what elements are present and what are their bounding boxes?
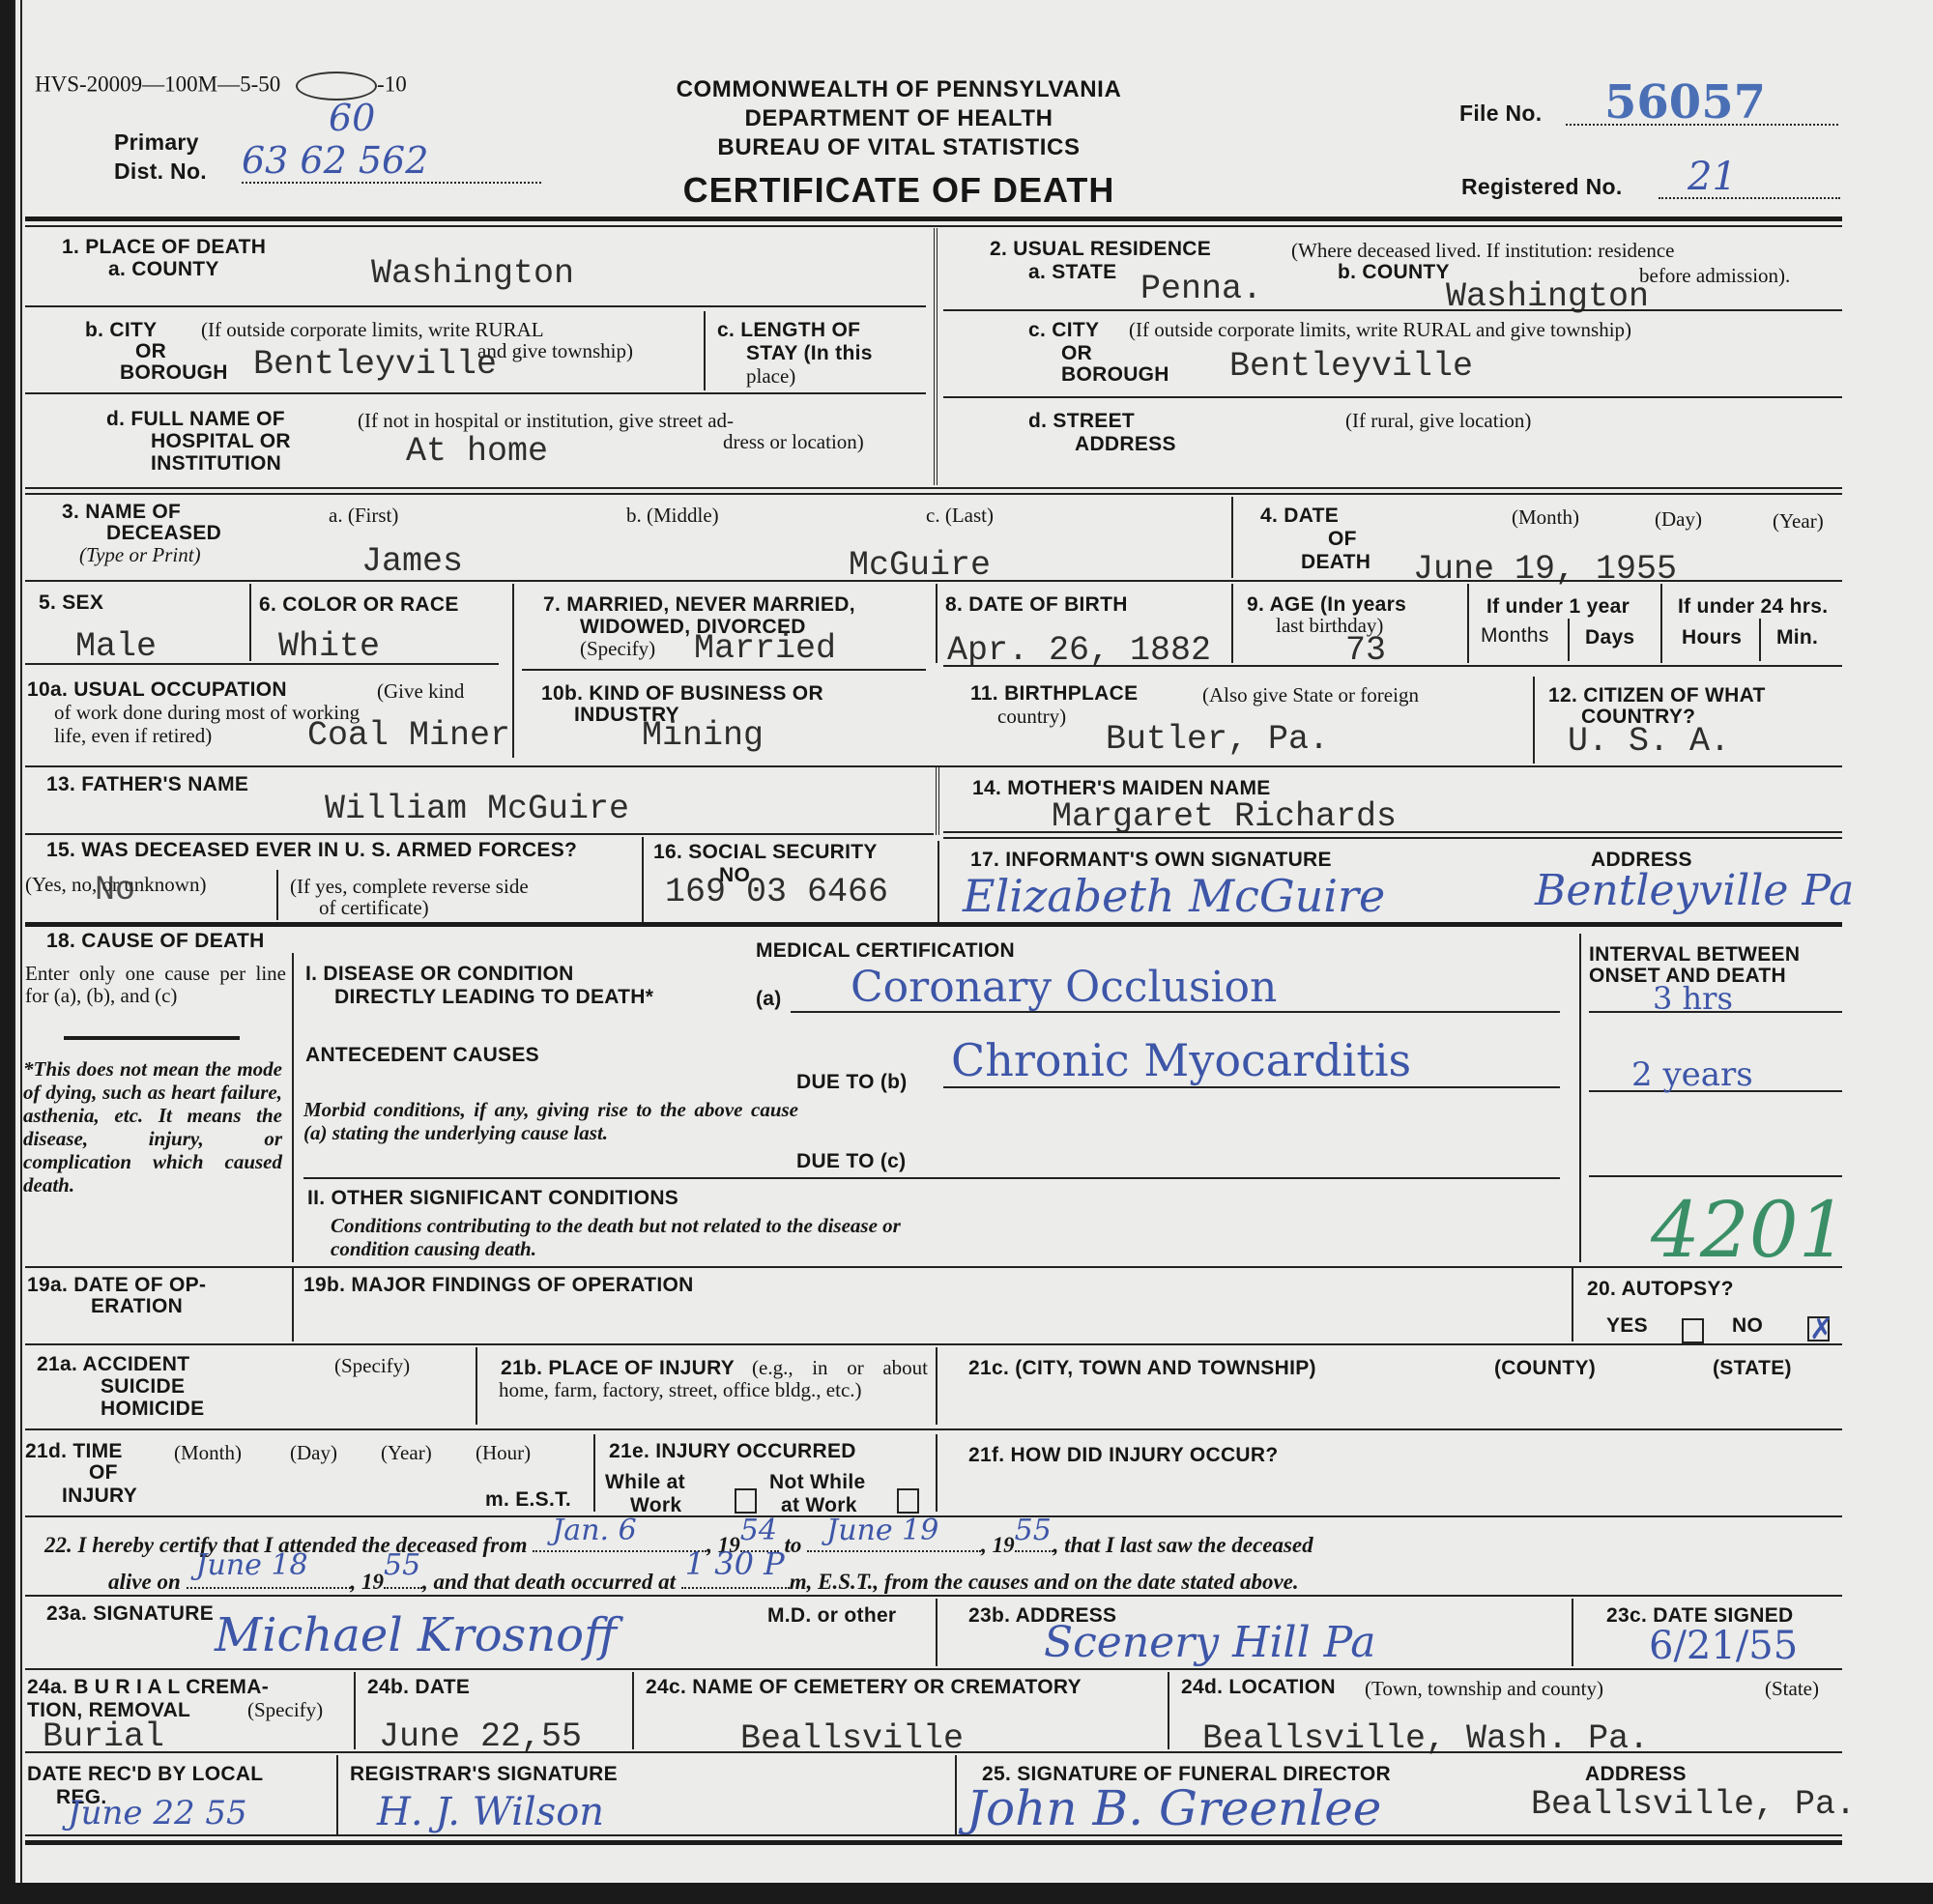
- hospital-label: d. FULL NAME OF: [106, 408, 285, 430]
- while-at-work-label: While at: [605, 1471, 685, 1493]
- hours-label: Hours: [1682, 626, 1742, 649]
- divider: [1759, 619, 1761, 661]
- divider: [1579, 934, 1581, 1262]
- place-of-death-label: 1. PLACE OF DEATH: [62, 236, 266, 258]
- informant-address[interactable]: Bentleyville Pa: [1535, 866, 1854, 915]
- under-24-hrs-label: If under 24 hrs.: [1678, 595, 1828, 618]
- injury-state-label: (STATE): [1713, 1357, 1792, 1379]
- left-margin-border: [14, 0, 22, 1883]
- major-findings-label: 19b. MAJOR FINDINGS OF OPERATION: [303, 1274, 694, 1296]
- father-name-label: 13. FATHER'S NAME: [46, 773, 248, 795]
- burial-location-note: (Town, township and county): [1365, 1678, 1603, 1700]
- agency-line-1: COMMONWEALTH OF PENNSYLVANIA: [609, 75, 1189, 104]
- dod-year-label: (Year): [1773, 510, 1824, 533]
- divider: [1572, 1599, 1573, 1666]
- dod-day-label: (Day): [1655, 508, 1702, 531]
- residence-borough-label: BOROUGH: [1061, 363, 1169, 386]
- other-conditions-label: II. OTHER SIGNIFICANT CONDITIONS: [307, 1187, 678, 1209]
- injury-day-label: (Day): [290, 1442, 337, 1464]
- divider: [593, 1434, 595, 1512]
- funeral-director-address-label: ADDRESS: [1585, 1763, 1687, 1785]
- divider: [25, 663, 499, 665]
- social-security-value[interactable]: 169 03 6466: [665, 874, 888, 910]
- burial-location-label: 24d. LOCATION: [1181, 1676, 1336, 1698]
- divider: [522, 669, 926, 671]
- divider: [25, 487, 1842, 489]
- divider: [936, 1599, 938, 1666]
- sex-label: 5. SEX: [39, 591, 103, 614]
- divider: [476, 1347, 477, 1425]
- file-no-value: 56057: [1604, 75, 1766, 130]
- divider: [632, 1672, 634, 1749]
- citizen-of-label: 12. CITIZEN OF WHAT: [1548, 684, 1766, 707]
- divider: [938, 841, 939, 924]
- social-security-label: 16. SOCIAL SECURITY: [653, 841, 878, 863]
- divider: [249, 584, 251, 661]
- date-of-birth-value[interactable]: Apr. 26, 1882: [947, 632, 1211, 669]
- armed-forces-label: 15. WAS DECEASED EVER IN U. S. ARMED FOR…: [46, 839, 577, 861]
- attended-to-year-field[interactable]: 55: [1015, 1529, 1053, 1552]
- divider: [25, 765, 1842, 767]
- autopsy-yes-label: YES: [1606, 1314, 1648, 1337]
- agency-line-3: BUREAU OF VITAL STATISTICS: [609, 133, 1189, 162]
- birthplace-note: (Also give State or foreign: [1202, 684, 1419, 707]
- other-conditions-note: Conditions contributing to the death but…: [331, 1214, 968, 1260]
- residence-note: (Where deceased lived. If institution: r…: [1291, 240, 1675, 262]
- attended-to-value: June 19: [826, 1519, 938, 1543]
- residence-city-or: OR: [1061, 342, 1092, 364]
- cause-c-label: DUE TO (c): [796, 1150, 906, 1172]
- cause-b-label: DUE TO (b): [796, 1071, 908, 1093]
- physician-address[interactable]: Scenery Hill Pa: [1044, 1618, 1376, 1667]
- death-city-value[interactable]: Bentleyville: [253, 346, 497, 383]
- accident-label: 21a. ACCIDENT: [37, 1353, 189, 1375]
- divider: [1168, 1672, 1169, 1749]
- race-label: 6. COLOR OR RACE: [259, 593, 459, 616]
- sex-value[interactable]: Male: [75, 628, 157, 665]
- divider: [1231, 497, 1233, 578]
- first-name-value[interactable]: James: [361, 543, 463, 580]
- physician-signature[interactable]: Michael Krosnoff: [215, 1608, 617, 1662]
- divider: [943, 396, 1842, 398]
- last-name-value[interactable]: McGuire: [849, 547, 991, 584]
- occupation-note-3: life, even if retired): [54, 725, 212, 747]
- divider: [936, 767, 939, 835]
- while-at-work-label-2: Work: [630, 1494, 681, 1516]
- cause-a-label: (a): [756, 988, 782, 1010]
- armed-forces-note-2: (If yes, complete reverse side: [290, 876, 529, 898]
- divider: [25, 1668, 1842, 1670]
- name-of-deceased-label-2: DECEASED: [106, 522, 221, 544]
- divider: [943, 831, 1842, 833]
- burial-date-value[interactable]: June 22,55: [379, 1718, 582, 1755]
- divider: [955, 1755, 957, 1834]
- primary-dist-value: 63 62 562: [242, 139, 428, 182]
- dod-month-label: (Month): [1512, 506, 1579, 529]
- length-of-stay-label: c. LENGTH OF: [717, 319, 860, 341]
- hospital-note-2: dress or location): [723, 431, 864, 453]
- burial-date-label: 24b. DATE: [367, 1676, 470, 1698]
- injury-month-label: (Month): [174, 1442, 242, 1464]
- injury-city-label: 21c. (CITY, TOWN AND TOWNSHIP): [968, 1357, 1316, 1379]
- birthplace-value[interactable]: Butler, Pa.: [1106, 721, 1329, 758]
- date-of-operation-label: 19a. DATE OF OP-: [27, 1274, 206, 1296]
- autopsy-no-checkbox[interactable]: ✗: [1807, 1316, 1830, 1341]
- interval-b-value[interactable]: 2 years: [1631, 1055, 1753, 1094]
- first-name-label: a. (First): [329, 505, 398, 527]
- divider: [354, 1672, 356, 1749]
- autopsy-yes-checkbox[interactable]: [1682, 1318, 1704, 1343]
- file-no-field[interactable]: 56057: [1566, 87, 1838, 126]
- months-label: Months: [1481, 624, 1549, 647]
- time-of-injury-injury: INJURY: [62, 1485, 137, 1507]
- mother-maiden-name-label: 14. MOTHER'S MAIDEN NAME: [972, 777, 1271, 799]
- divider: [25, 1428, 1842, 1430]
- md-or-other-label: M.D. or other: [767, 1604, 896, 1627]
- disposition-specify-label: (Specify): [247, 1699, 323, 1721]
- marital-status-label: 7. MARRIED, NEVER MARRIED,: [543, 593, 855, 616]
- injury-county-label: (COUNTY): [1494, 1357, 1596, 1379]
- injury-occurred-label: 21e. INJURY OCCURRED: [609, 1440, 856, 1462]
- place-of-injury-note: (e.g., in or about home, farm, factory, …: [499, 1357, 928, 1401]
- injury-year-label: (Year): [381, 1442, 432, 1464]
- days-label: Days: [1585, 626, 1634, 649]
- primary-dist-field[interactable]: 63 62 562: [242, 145, 541, 184]
- hospital-value[interactable]: At home: [406, 433, 548, 470]
- antecedent-causes-label: ANTECEDENT CAUSES: [305, 1044, 539, 1066]
- interval-a-value[interactable]: 3 hrs: [1653, 980, 1733, 1017]
- checkmark-x-icon: ✗: [1809, 1313, 1833, 1346]
- industry-label: 10b. KIND OF BUSINESS OR: [541, 682, 823, 705]
- alive-year-value: 55: [384, 1554, 420, 1577]
- cause-a-value[interactable]: Coronary Occlusion: [851, 963, 1277, 1012]
- divider: [25, 305, 926, 307]
- interval-label: INTERVAL BETWEEN: [1589, 943, 1800, 966]
- divider: [25, 580, 1842, 582]
- divider: [642, 837, 644, 924]
- min-label: Min.: [1776, 626, 1818, 649]
- cert-text: , and that death occurred at: [422, 1570, 676, 1594]
- cert-text: m, E.S.T., from the causes and on the da…: [790, 1570, 1299, 1594]
- column-divider: [934, 228, 938, 485]
- armed-forces-value[interactable]: No: [95, 872, 135, 909]
- time-of-injury-label: 21d. TIME: [25, 1440, 123, 1462]
- burial-location-state-label: (State): [1765, 1678, 1819, 1700]
- divider: [25, 493, 1842, 495]
- divider: [25, 1266, 1842, 1268]
- injury-specify-label: (Specify): [334, 1355, 410, 1377]
- cause-code-stamp: 4201: [1651, 1185, 1848, 1275]
- date-of-death-of: OF: [1328, 528, 1357, 550]
- divider: [936, 1434, 938, 1512]
- date-signed-value[interactable]: 6/21/55: [1649, 1624, 1798, 1668]
- cause-c-line: [303, 1177, 1560, 1179]
- date-of-birth-label: 8. DATE OF BIRTH: [945, 593, 1128, 616]
- divider: [1660, 584, 1662, 663]
- hospital-label-3: INSTITUTION: [151, 452, 281, 475]
- divider: [292, 953, 294, 1262]
- usual-occupation-label: 10a. USUAL OCCUPATION: [27, 678, 287, 701]
- seal-suffix: -10: [377, 72, 407, 96]
- registrar-signature-label: REGISTRAR'S SIGNATURE: [350, 1763, 618, 1785]
- citizen-value[interactable]: U. S. A.: [1568, 723, 1730, 760]
- divider: [1533, 677, 1535, 764]
- divider: [943, 309, 1842, 311]
- divider: [1467, 584, 1469, 663]
- divider: [936, 584, 938, 663]
- marital-status-value[interactable]: Married: [694, 630, 836, 667]
- name-of-deceased-label: 3. NAME OF: [62, 501, 181, 523]
- marital-specify-label: (Specify): [580, 638, 655, 660]
- date-of-operation-label-2: ERATION: [91, 1295, 183, 1317]
- date-of-death-value[interactable]: June 19, 1955: [1413, 551, 1677, 588]
- medical-certification-label: MEDICAL CERTIFICATION: [756, 939, 1015, 962]
- length-of-stay-label-3: place): [746, 365, 795, 388]
- homicide-label: HOMICIDE: [101, 1398, 204, 1420]
- date-of-death-death: DEATH: [1301, 551, 1370, 573]
- disposition-label: 24a. B U R I A L CREMA-: [27, 1676, 269, 1698]
- attended-to-field[interactable]: June 19: [807, 1529, 981, 1552]
- registered-no-label: Registered No.: [1461, 176, 1623, 198]
- divider: [292, 1268, 294, 1341]
- to-label: to: [785, 1533, 802, 1557]
- birthplace-label: 11. BIRTHPLACE: [970, 682, 1138, 705]
- death-city-or: OR: [135, 340, 166, 362]
- funeral-director-address[interactable]: Beallsville, Pa.: [1531, 1786, 1856, 1823]
- date-of-death-label: 4. DATE: [1260, 505, 1339, 527]
- industry-value[interactable]: Mining: [642, 717, 764, 754]
- registered-no-field[interactable]: 21: [1659, 162, 1840, 199]
- alive-on-field[interactable]: June 18: [187, 1566, 351, 1589]
- death-county-value[interactable]: Washington: [371, 255, 574, 292]
- death-city-note-2: and give township): [477, 340, 633, 362]
- divider: [25, 922, 1842, 927]
- armed-forces-note-3: of certificate): [319, 897, 429, 919]
- form-code-text: HVS-20009—100M—5-50: [35, 72, 280, 96]
- street-address-label-2: ADDRESS: [1075, 433, 1176, 455]
- disease-condition-label: I. DISEASE OR CONDITION: [305, 963, 574, 985]
- divider: [25, 833, 934, 835]
- injury-hour-label: (Hour): [476, 1442, 531, 1464]
- date-received-label: DATE REC'D BY LOCAL: [27, 1763, 263, 1785]
- age-label: 9. AGE (In years: [1247, 593, 1406, 616]
- hospital-note: (If not in hospital or institution, give…: [358, 410, 734, 432]
- header-divider-thin: [25, 225, 1842, 227]
- divider: [336, 1755, 338, 1834]
- residence-city-value[interactable]: Bentleyville: [1229, 348, 1473, 385]
- residence-city-label: c. CITY: [1028, 319, 1099, 341]
- agency-line-2: DEPARTMENT OF HEALTH: [609, 104, 1189, 133]
- dist-no-label: Dist. No.: [114, 160, 207, 183]
- divider: [25, 1840, 1842, 1845]
- alive-on-label: alive on: [108, 1570, 181, 1594]
- attended-to-year: 55: [1015, 1519, 1052, 1543]
- morbid-conditions-note: Morbid conditions, if any, giving rise t…: [303, 1098, 798, 1144]
- death-borough-label: BOROUGH: [120, 361, 228, 384]
- file-no-label: File No.: [1459, 102, 1542, 125]
- residence-city-note: (If outside corporate limits, write RURA…: [1129, 319, 1631, 341]
- length-of-stay-label-2: STAY (In this: [746, 342, 873, 364]
- usual-residence-label: 2. USUAL RESIDENCE: [990, 238, 1211, 260]
- while-at-work-checkbox[interactable]: [735, 1488, 757, 1514]
- mother-maiden-name-value[interactable]: Margaret Richards: [1052, 798, 1397, 835]
- not-while-at-work-checkbox[interactable]: [897, 1488, 919, 1514]
- time-of-injury-of: OF: [89, 1461, 118, 1484]
- divider: [25, 1343, 1842, 1345]
- injury-est-label: m. E.S.T.: [485, 1488, 571, 1511]
- death-time-field[interactable]: 1 30 P: [681, 1566, 790, 1589]
- divider: [25, 1751, 1842, 1753]
- cause-b-line: [943, 1086, 1560, 1088]
- registrar-signature[interactable]: H. J. Wilson: [377, 1790, 604, 1834]
- alive-year-field[interactable]: 55: [384, 1566, 422, 1589]
- attended-from-field[interactable]: Jan. 6: [533, 1529, 707, 1552]
- informant-signature[interactable]: Elizabeth McGuire: [963, 870, 1385, 922]
- residence-county-label: b. COUNTY: [1338, 261, 1450, 283]
- header-divider-thick: [25, 216, 1842, 221]
- not-while-at-work-label: Not While: [769, 1471, 866, 1493]
- disposition-value[interactable]: Burial: [43, 1718, 164, 1755]
- cause-footnote: *This does not mean the mode of dying, s…: [23, 1057, 282, 1197]
- registered-no-value: 21: [1688, 155, 1737, 199]
- cause-of-death-label: 18. CAUSE OF DEATH: [46, 930, 265, 952]
- divider: [704, 311, 706, 390]
- interval-c-line: [1589, 1175, 1842, 1177]
- death-county-label: a. COUNTY: [108, 258, 219, 280]
- middle-name-label: b. (Middle): [626, 505, 719, 527]
- divider: [64, 1036, 240, 1040]
- last-name-label: c. (Last): [926, 505, 994, 527]
- death-city-note: (If outside corporate limits, write RURA…: [201, 319, 544, 341]
- primary-dist-label: Primary: [114, 131, 199, 154]
- occupation-note: (Give kind: [377, 680, 464, 703]
- street-note: (If rural, give location): [1345, 410, 1531, 432]
- cemetery-label: 24c. NAME OF CEMETERY OR CREMATORY: [646, 1676, 1082, 1698]
- attended-from-value: Jan. 6: [552, 1519, 636, 1543]
- alive-on-value: June 18: [196, 1554, 308, 1577]
- informant-signature-label: 17. INFORMANT'S OWN SIGNATURE: [970, 849, 1332, 871]
- year-prefix: 19: [361, 1570, 384, 1594]
- divider: [1231, 584, 1233, 663]
- divider: [1572, 1268, 1573, 1341]
- birthplace-note-2: country): [997, 706, 1066, 728]
- divider: [276, 870, 278, 920]
- divider: [943, 837, 1842, 839]
- cause-instructions: Enter only one cause per line for (a), (…: [25, 963, 286, 1007]
- cert-text: , that I last saw the deceased: [1053, 1533, 1313, 1557]
- divider: [1568, 619, 1570, 661]
- residence-note-2: before admission).: [1639, 265, 1790, 287]
- suicide-label: SUICIDE: [101, 1375, 185, 1398]
- cause-b-value[interactable]: Chronic Myocarditis: [951, 1034, 1411, 1086]
- hospital-label-2: HOSPITAL OR: [151, 430, 291, 452]
- race-value[interactable]: White: [278, 628, 380, 665]
- divider: [936, 1347, 938, 1425]
- divider: [943, 665, 1842, 667]
- divider: [25, 392, 926, 394]
- year-prefix: 19: [993, 1533, 1015, 1557]
- street-address-label: d. STREET: [1028, 410, 1135, 432]
- divider: [25, 1595, 1842, 1597]
- date-received-value[interactable]: June 22 55: [68, 1794, 247, 1832]
- page-title: CERTIFICATE OF DEATH: [609, 170, 1189, 211]
- residence-state-label: a. STATE: [1028, 261, 1116, 283]
- primary-dist-overwrite: 60: [329, 97, 375, 139]
- directly-leading-label: DIRECTLY LEADING TO DEATH*: [334, 986, 653, 1008]
- divider: [25, 1834, 1842, 1836]
- attended-from-year: 54: [740, 1519, 777, 1543]
- age-value[interactable]: 73: [1345, 632, 1386, 669]
- death-city-label: b. CITY: [85, 319, 157, 341]
- father-name-value[interactable]: William McGuire: [325, 791, 629, 827]
- how-injury-occurred-label: 21f. HOW DID INJURY OCCUR?: [968, 1444, 1279, 1466]
- death-time-value: 1 30 P: [685, 1552, 785, 1575]
- scan-bottom-edge: [0, 1883, 1933, 1904]
- type-or-print-note: (Type or Print): [79, 543, 201, 566]
- occupation-value[interactable]: Coal Miner: [307, 717, 510, 754]
- physician-signature-label: 23a. SIGNATURE: [46, 1602, 214, 1625]
- divider: [512, 584, 514, 758]
- residence-state-value[interactable]: Penna.: [1140, 271, 1262, 307]
- autopsy-label: 20. AUTOPSY?: [1587, 1278, 1734, 1300]
- certification-line-2: alive on June 18, 1955, and that death o…: [108, 1566, 1299, 1594]
- autopsy-no-label: NO: [1732, 1314, 1763, 1337]
- funeral-director-signature[interactable]: John B. Greenlee: [966, 1780, 1381, 1836]
- under-1-year-label: If under 1 year: [1486, 595, 1630, 618]
